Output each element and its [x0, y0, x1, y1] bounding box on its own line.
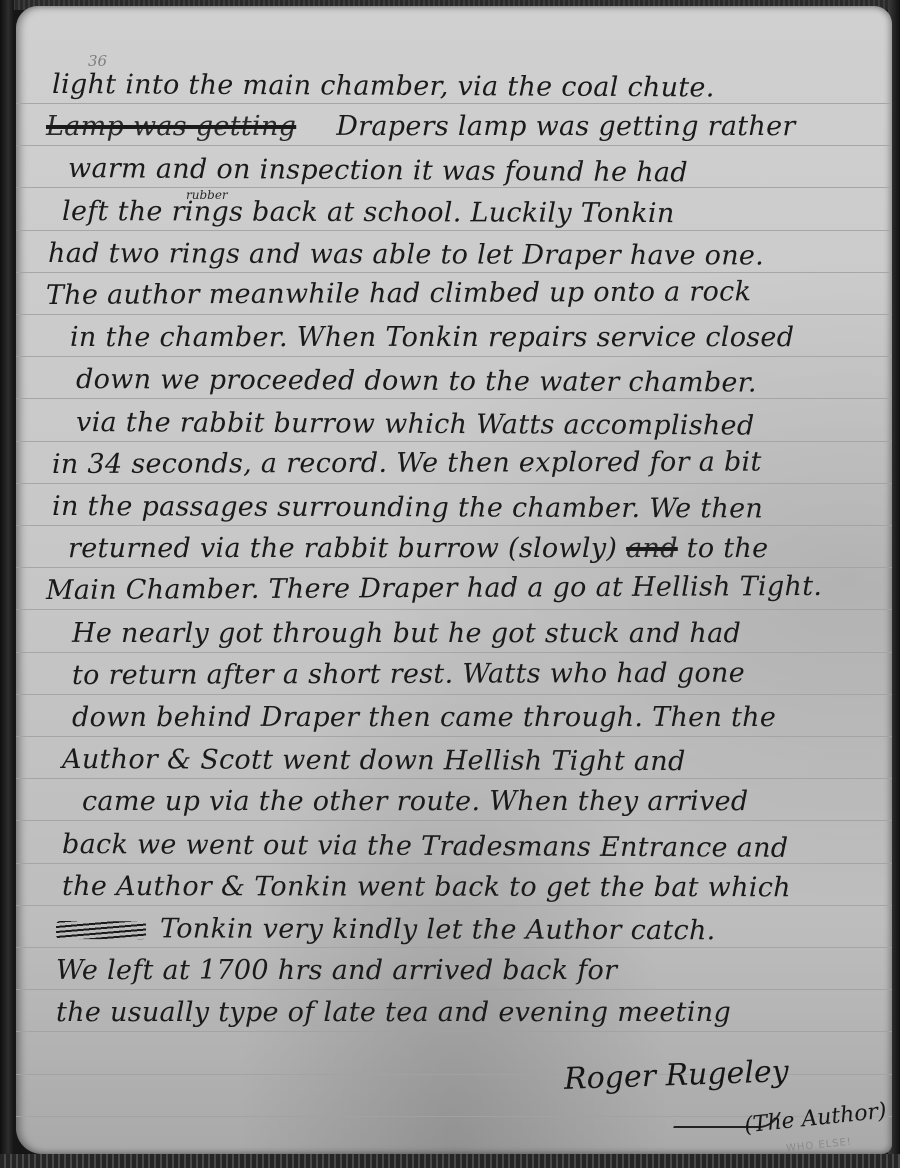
caret-insertion: rubber: [186, 188, 228, 202]
handwritten-line: returned via the rabbit burrow (slowly) …: [68, 533, 768, 564]
handwritten-line: in the chamber. When Tonkin repairs serv…: [70, 322, 794, 353]
crossed-out-scribble: [56, 921, 146, 939]
handwritten-line: Tonkin very kindly let the Author catch.: [56, 913, 716, 946]
handwritten-line: He nearly got through but he got stuck a…: [72, 618, 741, 649]
notebook-page: 36 light into the main chamber, via the …: [16, 6, 892, 1154]
struck-through-text: Lamp was getting: [46, 111, 296, 142]
handwritten-line: the usually type of late tea and evening…: [56, 997, 731, 1028]
handwritten-line: down behind Draper then came through. Th…: [72, 702, 776, 733]
handwritten-line: in the passages surrounding the chamber.…: [52, 491, 763, 524]
handwritten-line: had two rings and was able to let Draper…: [48, 238, 764, 271]
binding-left-edge: [0, 0, 14, 1168]
handwritten-line: The author meanwhile had climbed up onto…: [46, 276, 751, 311]
handwritten-line: via the rabbit burrow which Watts accomp…: [76, 407, 755, 442]
struck-through-word: and: [626, 533, 678, 564]
handwritten-line: warm and on inspection it was found he h…: [68, 153, 688, 188]
handwritten-line: back we went out via the Tradesmans Entr…: [62, 829, 788, 864]
handwritten-line: light into the main chamber, via the coa…: [52, 69, 715, 103]
handwritten-line: came up via the other route. When they a…: [82, 786, 749, 817]
handwritten-text: light into the main chamber, via the coa…: [16, 6, 892, 1154]
handwritten-line: the Author & Tonkin went back to get the…: [62, 871, 791, 903]
notebook-photo: 36 light into the main chamber, via the …: [0, 0, 900, 1168]
handwritten-line: Author & Scott went down Hellish Tight a…: [62, 744, 686, 777]
handwritten-line: to return after a short rest. Watts who …: [72, 657, 745, 690]
handwritten-line: left the rings back at school. Luckily T…: [62, 196, 675, 229]
binding-bottom-edge: [0, 1154, 900, 1168]
handwritten-line: in 34 seconds, a record. We then explore…: [52, 446, 762, 479]
handwritten-line: Lamp was gettingDrapers lamp was getting…: [46, 111, 796, 142]
handwritten-line: We left at 1700 hrs and arrived back for: [56, 955, 617, 986]
handwritten-line: Main Chamber. There Draper had a go at H…: [46, 571, 822, 606]
handwritten-line: down we proceeded down to the water cham…: [76, 364, 757, 399]
